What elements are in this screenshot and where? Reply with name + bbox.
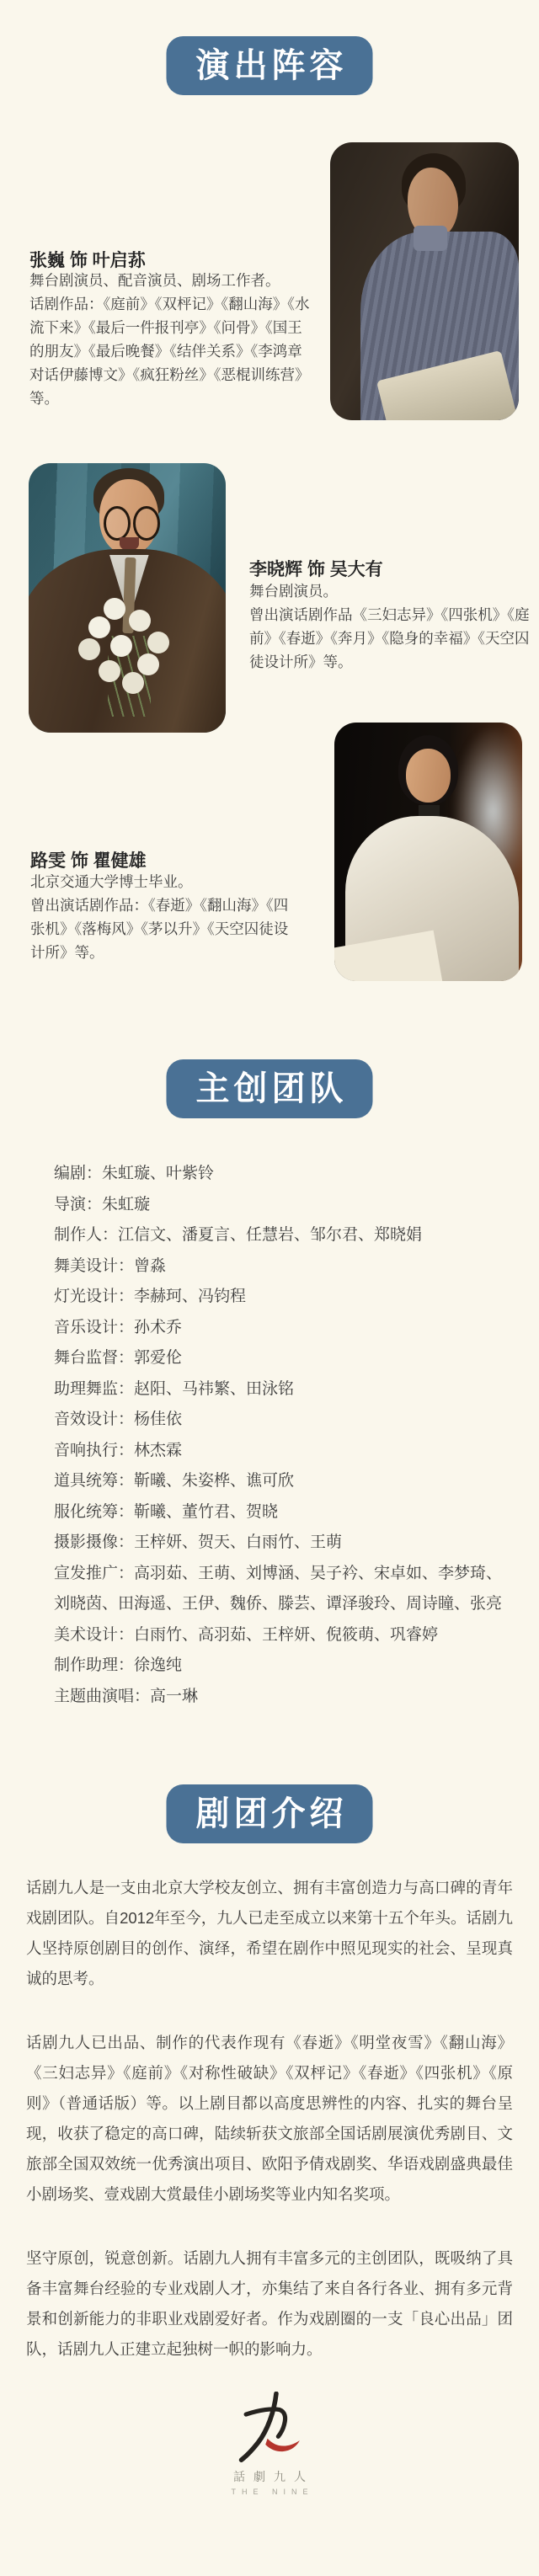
photo-glasses-left (104, 506, 131, 541)
actor-photo-3 (334, 723, 522, 981)
credit-row-asst-sm: 助理舞监：赵阳、马祎繁、田泳铭 (54, 1374, 505, 1405)
photo-glasses-right (133, 506, 160, 541)
credit-row-photography: 摄影摄像：王梓妍、贺天、白雨竹、王萌 (54, 1528, 505, 1559)
troupe-paragraph-1: 话剧九人是一支由北京大学校友创立、拥有丰富创造力与高口碑的青年戏剧团队。自201… (26, 1873, 513, 1994)
actor-name-3: 路雯 饰 瞿健雄 (30, 847, 147, 872)
credit-row-producers: 制作人：江信文、潘夏言、任慧岩、邹尔君、郑晓娟 (54, 1220, 505, 1251)
poster-page: 演出阵容 张巍 饰 叶启荪 舞台剧演员、配音演员、剧场工作者。 话剧作品：《庭前… (0, 0, 539, 2576)
cast-section-banner: 演出阵容 (167, 36, 373, 95)
actor-name-2: 李晓辉 饰 吴大有 (249, 556, 383, 581)
photo-figure-collar (414, 226, 447, 251)
crew-credits-list: 编剧：朱虹璇、叶紫铃 导演：朱虹璇 制作人：江信文、潘夏言、任慧岩、邹尔君、郑晓… (54, 1159, 505, 1712)
credit-row-sound-exec: 音响执行：林杰霖 (54, 1436, 505, 1467)
actor-bio-line: 舞台剧演员。 (249, 579, 531, 603)
credit-row-costume: 服化统筹：靳曦、董竹君、贺晓 (54, 1497, 505, 1528)
actor-photo-1 (330, 142, 519, 420)
troupe-section-banner: 剧团介绍 (167, 1784, 373, 1843)
actor-bio-2: 舞台剧演员。 曾出演话剧作品《三妇志异》《四张机》《庭前》《春逝》《奔月》《隐身… (249, 579, 531, 674)
credit-row-lighting: 灯光设计：李赫珂、冯钧程 (54, 1282, 505, 1313)
credit-row-props: 道具统筹：靳曦、朱姿桦、谯可欣 (54, 1466, 505, 1497)
nine-logo: 話劇九人 THE NINE (0, 2392, 539, 2496)
photo-daisies (104, 598, 125, 620)
logo-en-text: THE NINE (0, 2488, 539, 2496)
actor-bio-1: 舞台剧演员、配音演员、剧场工作者。 话剧作品：《庭前》《双枰记》《翻山海》《水流… (29, 269, 312, 410)
nine-glyph-icon (236, 2392, 303, 2464)
troupe-introduction: 话剧九人是一支由北京大学校友创立、拥有丰富创造力与高口碑的青年戏剧团队。自201… (26, 1873, 513, 2365)
actor-bio-line: 曾出演话剧作品《三妇志异》《四张机》《庭前》《春逝》《奔月》《隐身的幸福》《天空… (249, 603, 531, 674)
actor-photo-2 (29, 463, 226, 733)
credit-row-director: 导演：朱虹璇 (54, 1190, 505, 1221)
credit-row-theme-song: 主题曲演唱：高一琳 (54, 1682, 505, 1713)
credit-row-art-design: 美术设计：白雨竹、高羽茹、王梓妍、倪筱萌、巩睿婷 (54, 1620, 505, 1651)
actor-bio-line: 北京交通大学博士毕业。 (30, 870, 302, 893)
troupe-paragraph-2: 话剧九人已出品、制作的代表作现有《春逝》《明堂夜雪》《翻山海》《三妇志异》《庭前… (26, 2028, 513, 2210)
credit-row-playwright: 编剧：朱虹璇、叶紫铃 (54, 1159, 505, 1190)
crew-section-banner: 主创团队 (167, 1059, 373, 1118)
logo-cn-text: 話劇九人 (0, 2468, 539, 2485)
troupe-paragraph-3: 坚守原创，锐意创新。话剧九人拥有丰富多元的主创团队，既吸纳了具备丰富舞台经验的专… (26, 2243, 513, 2365)
credit-row-stage-manager: 舞台监督：郭爱伦 (54, 1343, 505, 1374)
photo-figure-face (406, 749, 451, 803)
credit-row-music: 音乐设计：孙术乔 (54, 1313, 505, 1344)
actor-bio-line: 舞台剧演员、配音演员、剧场工作者。 (29, 269, 312, 292)
photo-flower-stems (108, 636, 151, 717)
credit-row-promotion: 宣发推广：高羽茹、王萌、刘博涵、吴子衿、宋卓如、李梦琦、刘晓茵、田海遥、王伊、魏… (54, 1559, 505, 1620)
credit-row-set-design: 舞美设计：曾淼 (54, 1251, 505, 1283)
credit-row-prod-assistant: 制作助理：徐逸纯 (54, 1651, 505, 1682)
credit-row-sound-design: 音效设计：杨佳依 (54, 1405, 505, 1436)
actor-bio-line: 话剧作品：《庭前》《双枰记》《翻山海》《水流下来》《最后一件报刊亭》《问骨》《国… (29, 292, 312, 410)
actor-bio-3: 北京交通大学博士毕业。 曾出演话剧作品：《春逝》《翻山海》《四张机》《落梅风》《… (30, 870, 302, 964)
actor-bio-line: 曾出演话剧作品：《春逝》《翻山海》《四张机》《落梅风》《茅以升》《天空囚徒设计所… (30, 893, 302, 964)
